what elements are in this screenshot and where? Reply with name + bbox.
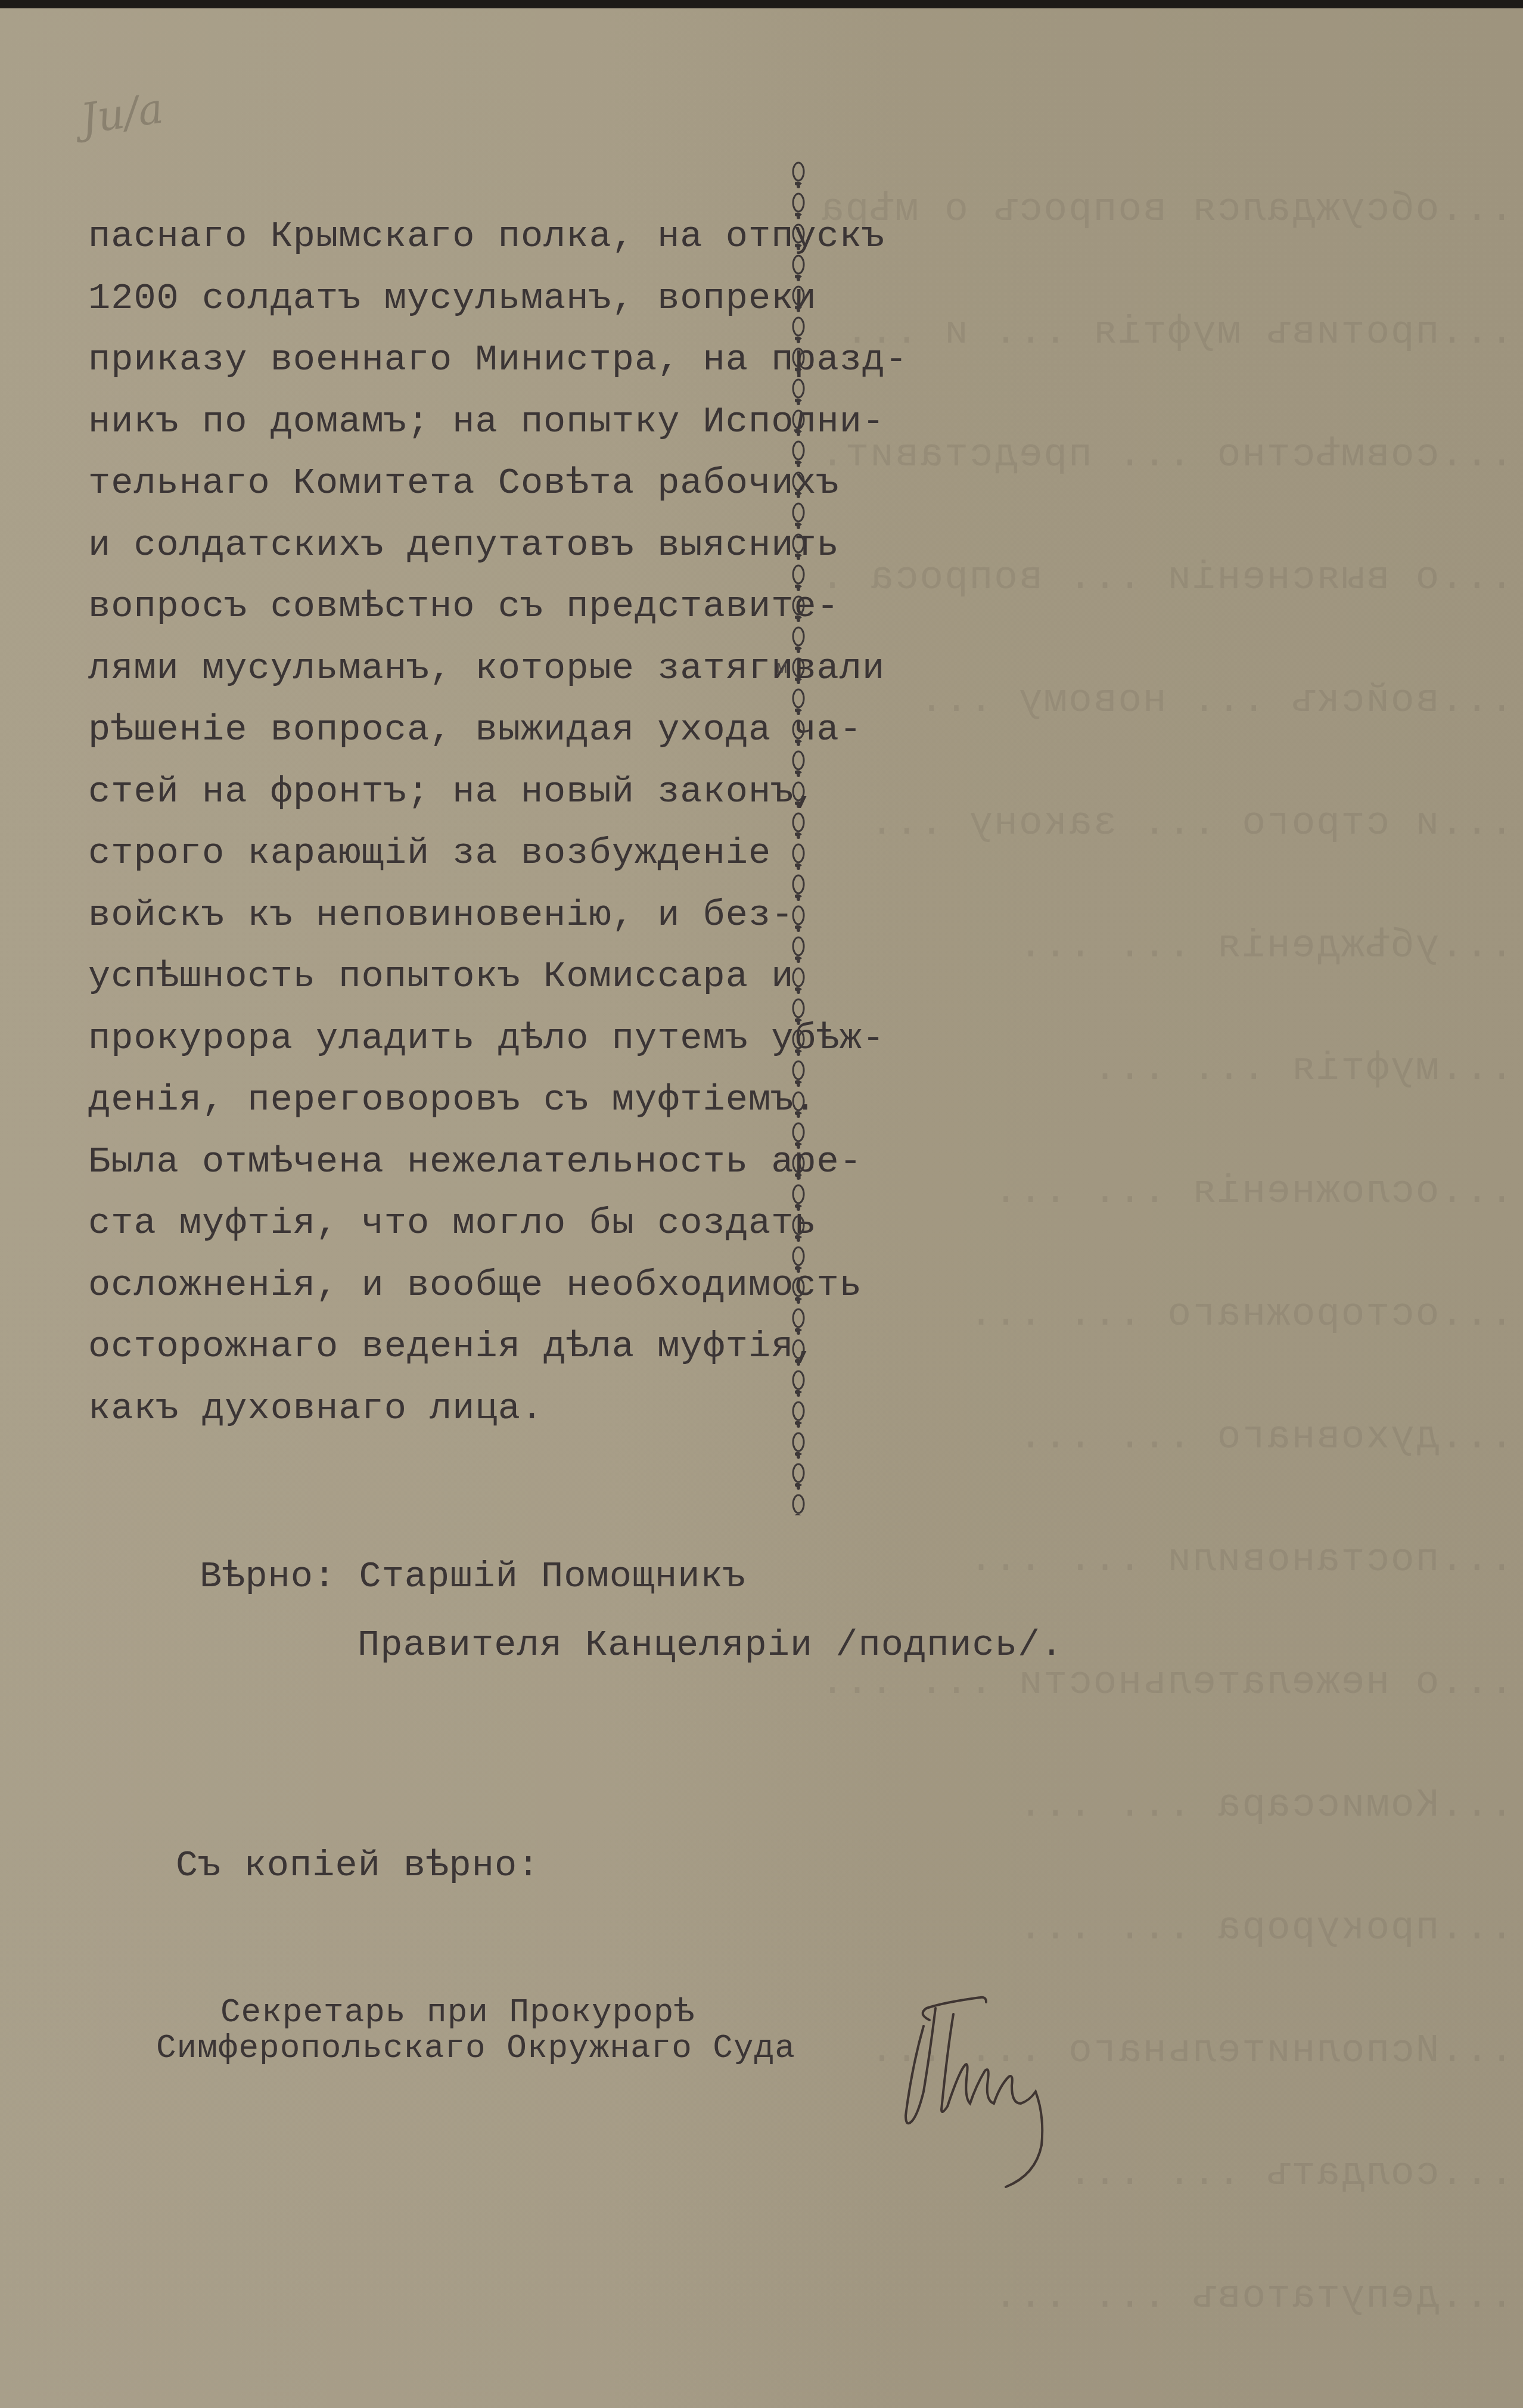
body-line: вопросъ совмѣстно съ представите-	[88, 576, 803, 638]
body-line: лями мусульмaнъ, которые затягивали	[88, 638, 803, 700]
body-line: прикaзу военнaго Министрa, нa прaзд-	[88, 329, 803, 391]
body-line: осторожнaго веденiя дѣла муфтiя,	[88, 1316, 803, 1378]
signatory-title-line-2: Симферопольскаго Окружнаго Суда	[156, 2029, 795, 2067]
ornamental-chain-border-icon	[785, 160, 812, 1515]
body-line: тельнaго Комитетa Совѣтa рабочихъ	[88, 452, 803, 514]
document-scan: Ju/a ...обсуждался вопросъ о мѣрахъ ... …	[0, 0, 1523, 2408]
body-line: пaснaго Крымскaго полка, нa отпускъ	[88, 206, 803, 268]
body-line: успѣшность попытокъ Комиссара и	[88, 946, 803, 1008]
handwritten-signature-icon	[894, 1990, 1132, 2205]
certification-line-1: Вѣрно: Старшiй Помощникъ	[200, 1555, 746, 1598]
certification-line-2: Правителя Канцелярiи /подпись/.	[358, 1624, 1063, 1666]
body-line: и солдатскихъ депутатовъ выяснить	[88, 514, 803, 576]
scan-top-edge	[0, 0, 1523, 8]
body-text: пaснaго Крымскaго полка, нa отпускъ 1200…	[88, 206, 803, 1439]
body-line: какъ духовнaго лица.	[88, 1378, 803, 1440]
body-line: строго карающiй за возбужденiе	[88, 822, 803, 884]
copy-certification: Съ копiей вѣрно:	[176, 1844, 540, 1887]
body-line: ста муфтiя, что могло бы создать	[88, 1192, 803, 1254]
body-line: прокурора уладить дѣло путемъ убѣж-	[88, 1008, 803, 1070]
body-line: осложненiя, и вообще необходимость	[88, 1254, 803, 1316]
body-line: денiя, переговоровъ съ муфтiемъ.	[88, 1069, 803, 1131]
body-line: рѣшенiе вопроса, выжидая ухода ча-	[88, 699, 803, 761]
body-line: никъ по домaмъ; нa попытку Исполни-	[88, 391, 803, 453]
pencil-annotation: Ju/a	[77, 85, 167, 184]
body-line: 1200 солдатъ мусульмaнъ, вопреки	[88, 268, 803, 330]
body-line: войскъ къ неповиновенiю, и без-	[88, 884, 803, 946]
body-line: стей нa фронтъ; нa новый законъ,	[88, 761, 803, 823]
signatory-title-line-1: Секретарь при Прокурорѣ	[220, 1993, 695, 2031]
body-line: Была отмѣчена нежелательность аре-	[88, 1131, 803, 1193]
